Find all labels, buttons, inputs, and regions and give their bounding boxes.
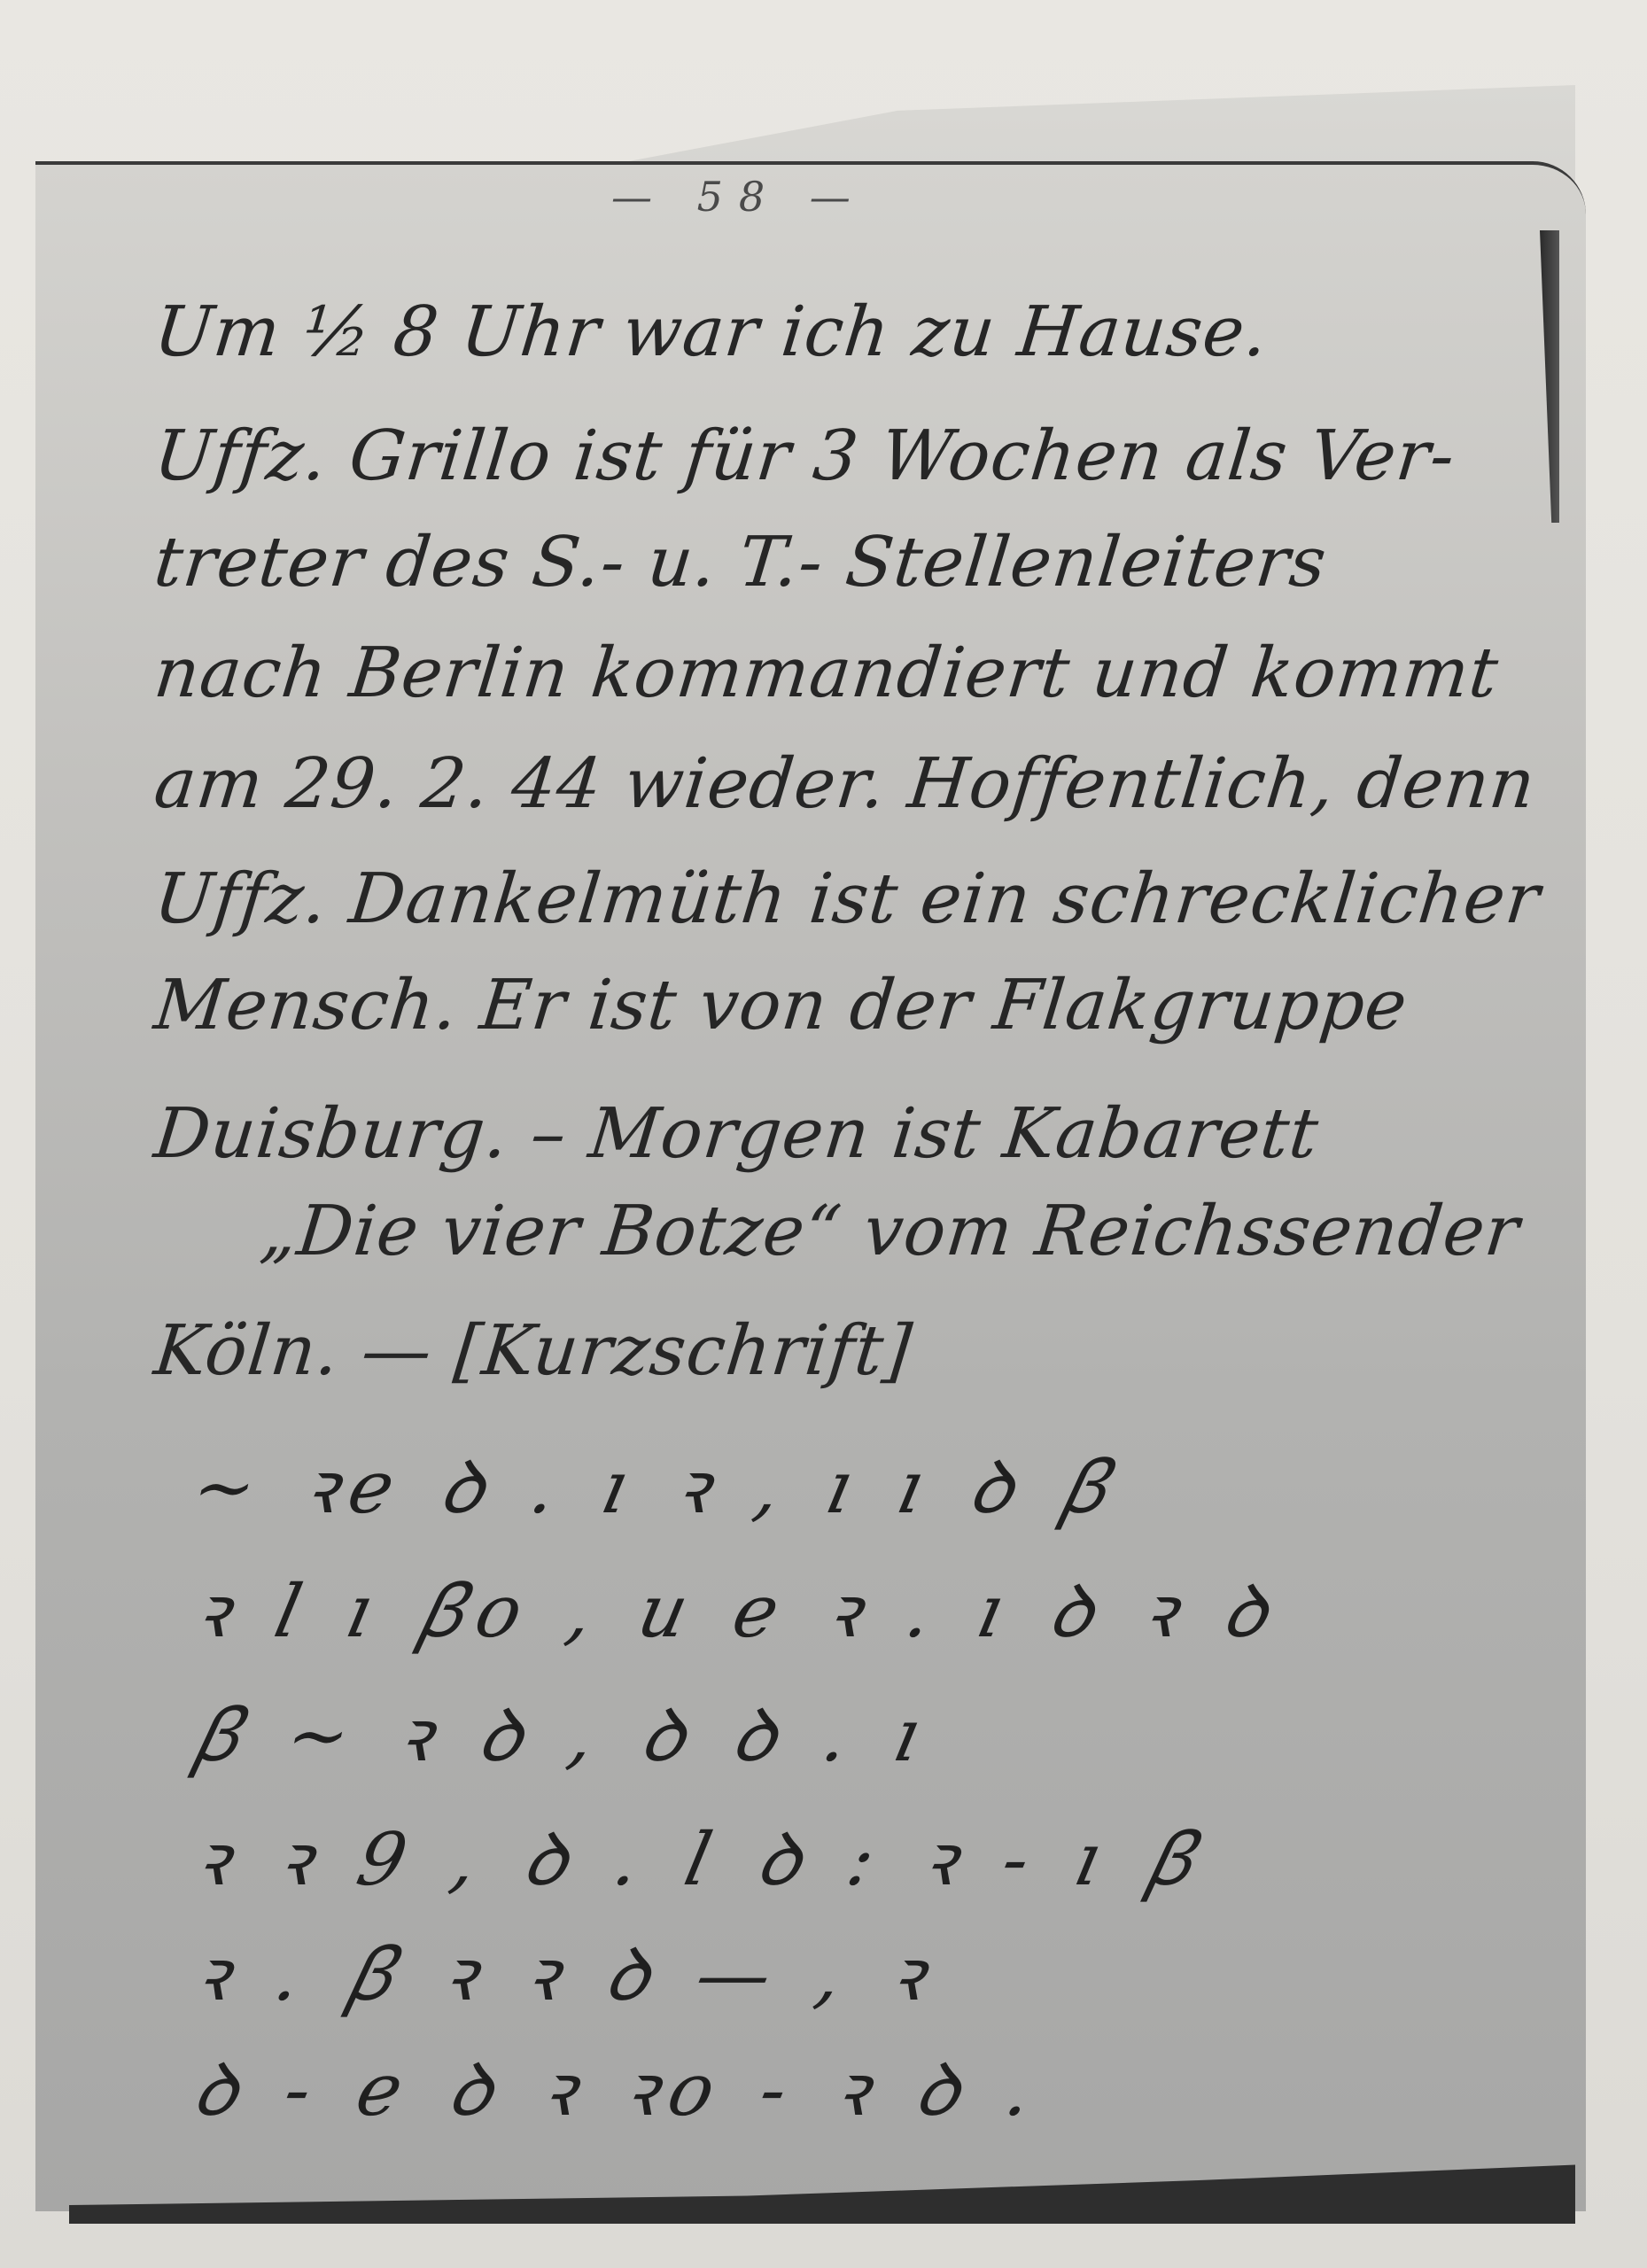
longhand-line: Um ½ 8 Uhr war ich zu Hause. bbox=[151, 292, 1272, 372]
shorthand-line: ꞵ ~ ꝛ ꝺ , ꝺ ꝺ . ı bbox=[184, 1683, 942, 1783]
longhand-line: nach Berlin kommandiert und kommt bbox=[151, 633, 1503, 713]
longhand-line: Duisburg. – Morgen ist Kabarett bbox=[151, 1094, 1323, 1174]
longhand-line: Mensch. Er ist von der Flakgruppe bbox=[151, 966, 1411, 1045]
longhand-line: Köln. — [Kurzschrift] bbox=[151, 1311, 916, 1391]
page-number: — 58 — bbox=[611, 173, 866, 221]
shorthand-line: ꝛ . ꞵ ꝛ ꝛ ꝺ — , ꝛ bbox=[184, 1922, 947, 2022]
longhand-line: am 29. 2. 44 wieder. Hoffentlich, denn bbox=[151, 744, 1540, 824]
longhand-line: Uffz. Dankelmüth ist ein schrecklicher bbox=[151, 859, 1544, 939]
shorthand-line: ꝛ l ı ꞵo , u e ꝛ . ı ꝺ ꝛ ꝺ bbox=[184, 1559, 1291, 1658]
shorthand-line: ~ ꝛe ꝺ . ı ꝛ , ı ı ꝺ ꞵ bbox=[184, 1435, 1130, 1534]
shorthand-line: ꝛ ꝛ 9 , ꝺ . l ꝺ : ꝛ - ı ꞵ bbox=[184, 1807, 1216, 1907]
longhand-line: Uffz. Grillo ist für 3 Wochen als Ver- bbox=[151, 416, 1459, 496]
shorthand-line: ꝺ - e ꝺ ꝛ ꝛo - ꝛ ꝺ . bbox=[184, 2038, 1054, 2137]
longhand-line: treter des S.- u. T.- Stellenleiters bbox=[151, 523, 1331, 602]
longhand-line: „Die vier Botze“ vom Reichssender bbox=[257, 1192, 1523, 1271]
